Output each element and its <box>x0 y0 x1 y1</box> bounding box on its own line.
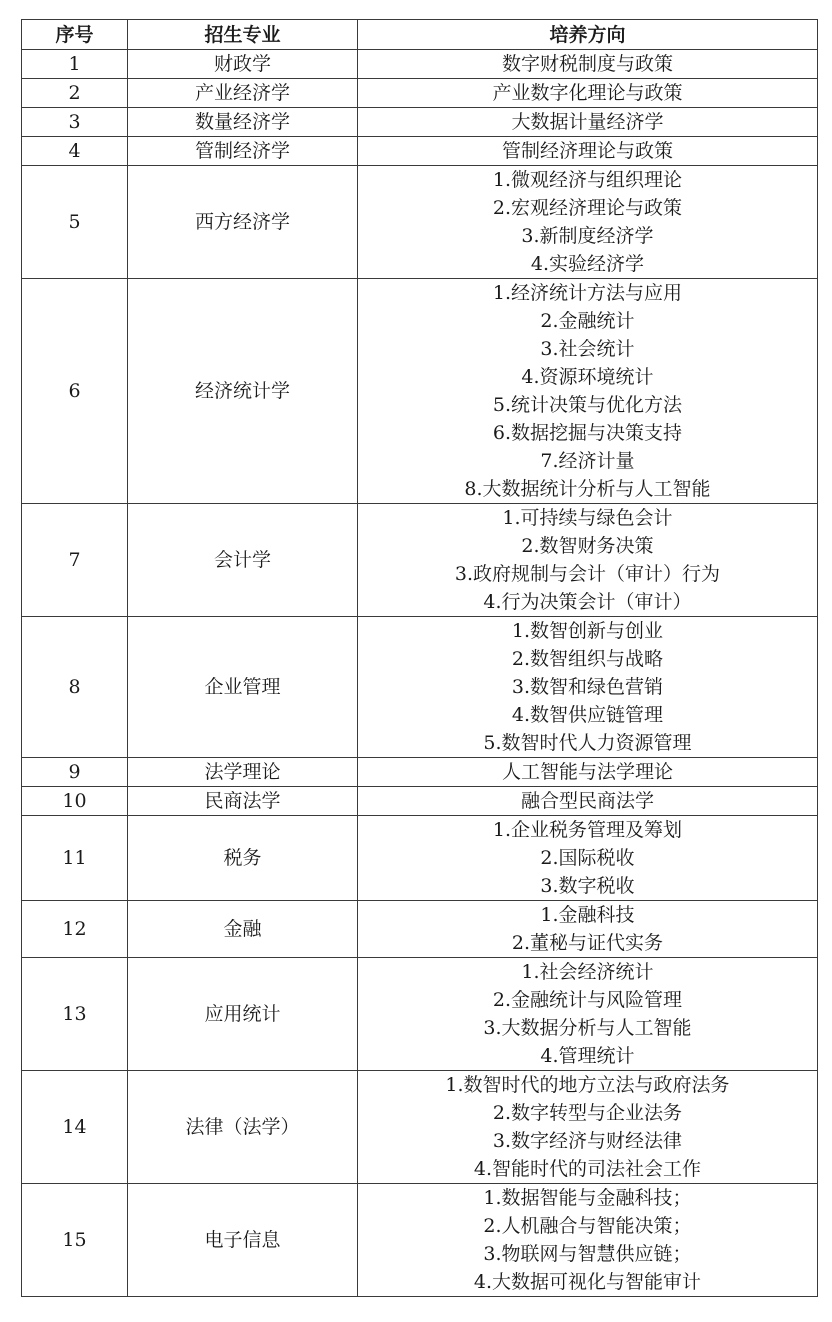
major-name: 金融 <box>128 901 358 958</box>
major-name: 企业管理 <box>128 617 358 758</box>
training-directions: 1.经济统计方法与应用2.金融统计3.社会统计4.资源环境统计5.统计决策与优化… <box>358 279 818 504</box>
table-row: 15电子信息1.数据智能与金融科技；2.人机融合与智能决策；3.物联网与智慧供应… <box>22 1184 818 1297</box>
major-name: 法律（法学） <box>128 1071 358 1184</box>
direction-item: 3.大数据分析与人工智能 <box>358 1014 817 1042</box>
major-name: 应用统计 <box>128 958 358 1071</box>
row-number: 14 <box>22 1071 128 1184</box>
row-number: 4 <box>22 137 128 166</box>
direction-item: 2.金融统计与风险管理 <box>358 986 817 1014</box>
direction-item: 2.数字转型与企业法务 <box>358 1099 817 1127</box>
direction-item: 4.智能时代的司法社会工作 <box>358 1155 817 1183</box>
table-row: 1财政学数字财税制度与政策 <box>22 50 818 79</box>
direction-item: 3.政府规制与会计（审计）行为 <box>358 560 817 588</box>
direction-item: 4.资源环境统计 <box>358 363 817 391</box>
direction-item: 4.管理统计 <box>358 1042 817 1070</box>
table-row: 5西方经济学1.微观经济与组织理论2.宏观经济理论与政策3.新制度经济学4.实验… <box>22 166 818 279</box>
direction-item: 1.数据智能与金融科技； <box>358 1184 817 1212</box>
training-directions: 1.可持续与绿色会计2.数智财务决策3.政府规制与会计（审计）行为4.行为决策会… <box>358 504 818 617</box>
direction-item: 3.数字税收 <box>358 872 817 900</box>
table-row: 12金融1.金融科技2.董秘与证代实务 <box>22 901 818 958</box>
table-body: 1财政学数字财税制度与政策2产业经济学产业数字化理论与政策3数量经济学大数据计量… <box>22 50 818 1297</box>
row-number: 11 <box>22 816 128 901</box>
direction-item: 管制经济理论与政策 <box>358 137 817 165</box>
direction-item: 2.数智财务决策 <box>358 532 817 560</box>
direction-item: 1.微观经济与组织理论 <box>358 166 817 194</box>
table-header-row: 序号 招生专业 培养方向 <box>22 20 818 50</box>
row-number: 7 <box>22 504 128 617</box>
major-name: 民商法学 <box>128 787 358 816</box>
table-row: 13应用统计1.社会经济统计2.金融统计与风险管理3.大数据分析与人工智能4.管… <box>22 958 818 1071</box>
table-row: 11税务1.企业税务管理及筹划2.国际税收3.数字税收 <box>22 816 818 901</box>
training-directions: 1.金融科技2.董秘与证代实务 <box>358 901 818 958</box>
direction-item: 融合型民商法学 <box>358 787 817 815</box>
direction-item: 1.数智时代的地方立法与政府法务 <box>358 1071 817 1099</box>
direction-item: 4.实验经济学 <box>358 250 817 278</box>
majors-table: 序号 招生专业 培养方向 1财政学数字财税制度与政策2产业经济学产业数字化理论与… <box>21 19 818 1297</box>
row-number: 2 <box>22 79 128 108</box>
direction-item: 5.数智时代人力资源管理 <box>358 729 817 757</box>
table-row: 9法学理论人工智能与法学理论 <box>22 758 818 787</box>
direction-item: 6.数据挖掘与决策支持 <box>358 419 817 447</box>
row-number: 3 <box>22 108 128 137</box>
training-directions: 1.数智时代的地方立法与政府法务2.数字转型与企业法务3.数字经济与财经法律4.… <box>358 1071 818 1184</box>
row-number: 5 <box>22 166 128 279</box>
training-directions: 1.社会经济统计2.金融统计与风险管理3.大数据分析与人工智能4.管理统计 <box>358 958 818 1071</box>
table-row: 4管制经济学管制经济理论与政策 <box>22 137 818 166</box>
direction-item: 3.数字经济与财经法律 <box>358 1127 817 1155</box>
row-number: 9 <box>22 758 128 787</box>
row-number: 10 <box>22 787 128 816</box>
direction-item: 1.企业税务管理及筹划 <box>358 816 817 844</box>
training-directions: 1.微观经济与组织理论2.宏观经济理论与政策3.新制度经济学4.实验经济学 <box>358 166 818 279</box>
direction-item: 3.社会统计 <box>358 335 817 363</box>
training-directions: 1.企业税务管理及筹划2.国际税收3.数字税收 <box>358 816 818 901</box>
table-row: 6经济统计学1.经济统计方法与应用2.金融统计3.社会统计4.资源环境统计5.统… <box>22 279 818 504</box>
direction-item: 3.物联网与智慧供应链； <box>358 1240 817 1268</box>
direction-item: 2.宏观经济理论与政策 <box>358 194 817 222</box>
direction-item: 2.数智组织与战略 <box>358 645 817 673</box>
major-name: 西方经济学 <box>128 166 358 279</box>
direction-item: 2.人机融合与智能决策； <box>358 1212 817 1240</box>
direction-item: 7.经济计量 <box>358 447 817 475</box>
direction-item: 5.统计决策与优化方法 <box>358 391 817 419</box>
major-name: 财政学 <box>128 50 358 79</box>
table-row: 8企业管理1.数智创新与创业2.数智组织与战略3.数智和绿色营销4.数智供应链管… <box>22 617 818 758</box>
major-name: 管制经济学 <box>128 137 358 166</box>
training-directions: 大数据计量经济学 <box>358 108 818 137</box>
table-row: 10民商法学融合型民商法学 <box>22 787 818 816</box>
row-number: 8 <box>22 617 128 758</box>
row-number: 1 <box>22 50 128 79</box>
direction-item: 人工智能与法学理论 <box>358 758 817 786</box>
row-number: 13 <box>22 958 128 1071</box>
training-directions: 1.数据智能与金融科技；2.人机融合与智能决策；3.物联网与智慧供应链；4.大数… <box>358 1184 818 1297</box>
direction-item: 4.行为决策会计（审计） <box>358 588 817 616</box>
major-name: 电子信息 <box>128 1184 358 1297</box>
training-directions: 数字财税制度与政策 <box>358 50 818 79</box>
direction-item: 1.经济统计方法与应用 <box>358 279 817 307</box>
training-directions: 融合型民商法学 <box>358 787 818 816</box>
direction-item: 1.金融科技 <box>358 901 817 929</box>
training-directions: 人工智能与法学理论 <box>358 758 818 787</box>
direction-item: 2.董秘与证代实务 <box>358 929 817 957</box>
direction-item: 2.国际税收 <box>358 844 817 872</box>
row-number: 12 <box>22 901 128 958</box>
training-directions: 产业数字化理论与政策 <box>358 79 818 108</box>
direction-item: 3.新制度经济学 <box>358 222 817 250</box>
header-major: 招生专业 <box>128 20 358 50</box>
direction-item: 8.大数据统计分析与人工智能 <box>358 475 817 503</box>
major-name: 产业经济学 <box>128 79 358 108</box>
header-no: 序号 <box>22 20 128 50</box>
table-row: 3数量经济学大数据计量经济学 <box>22 108 818 137</box>
row-number: 15 <box>22 1184 128 1297</box>
header-direction: 培养方向 <box>358 20 818 50</box>
direction-item: 大数据计量经济学 <box>358 108 817 136</box>
major-name: 经济统计学 <box>128 279 358 504</box>
direction-item: 1.可持续与绿色会计 <box>358 504 817 532</box>
direction-item: 1.数智创新与创业 <box>358 617 817 645</box>
major-name: 税务 <box>128 816 358 901</box>
direction-item: 3.数智和绿色营销 <box>358 673 817 701</box>
major-name: 数量经济学 <box>128 108 358 137</box>
direction-item: 数字财税制度与政策 <box>358 50 817 78</box>
direction-item: 1.社会经济统计 <box>358 958 817 986</box>
direction-item: 产业数字化理论与政策 <box>358 79 817 107</box>
major-name: 法学理论 <box>128 758 358 787</box>
major-name: 会计学 <box>128 504 358 617</box>
table-row: 7会计学1.可持续与绿色会计2.数智财务决策3.政府规制与会计（审计）行为4.行… <box>22 504 818 617</box>
direction-item: 4.数智供应链管理 <box>358 701 817 729</box>
direction-item: 2.金融统计 <box>358 307 817 335</box>
direction-item: 4.大数据可视化与智能审计 <box>358 1268 817 1296</box>
training-directions: 1.数智创新与创业2.数智组织与战略3.数智和绿色营销4.数智供应链管理5.数智… <box>358 617 818 758</box>
table-row: 14法律（法学）1.数智时代的地方立法与政府法务2.数字转型与企业法务3.数字经… <box>22 1071 818 1184</box>
row-number: 6 <box>22 279 128 504</box>
table-row: 2产业经济学产业数字化理论与政策 <box>22 79 818 108</box>
training-directions: 管制经济理论与政策 <box>358 137 818 166</box>
